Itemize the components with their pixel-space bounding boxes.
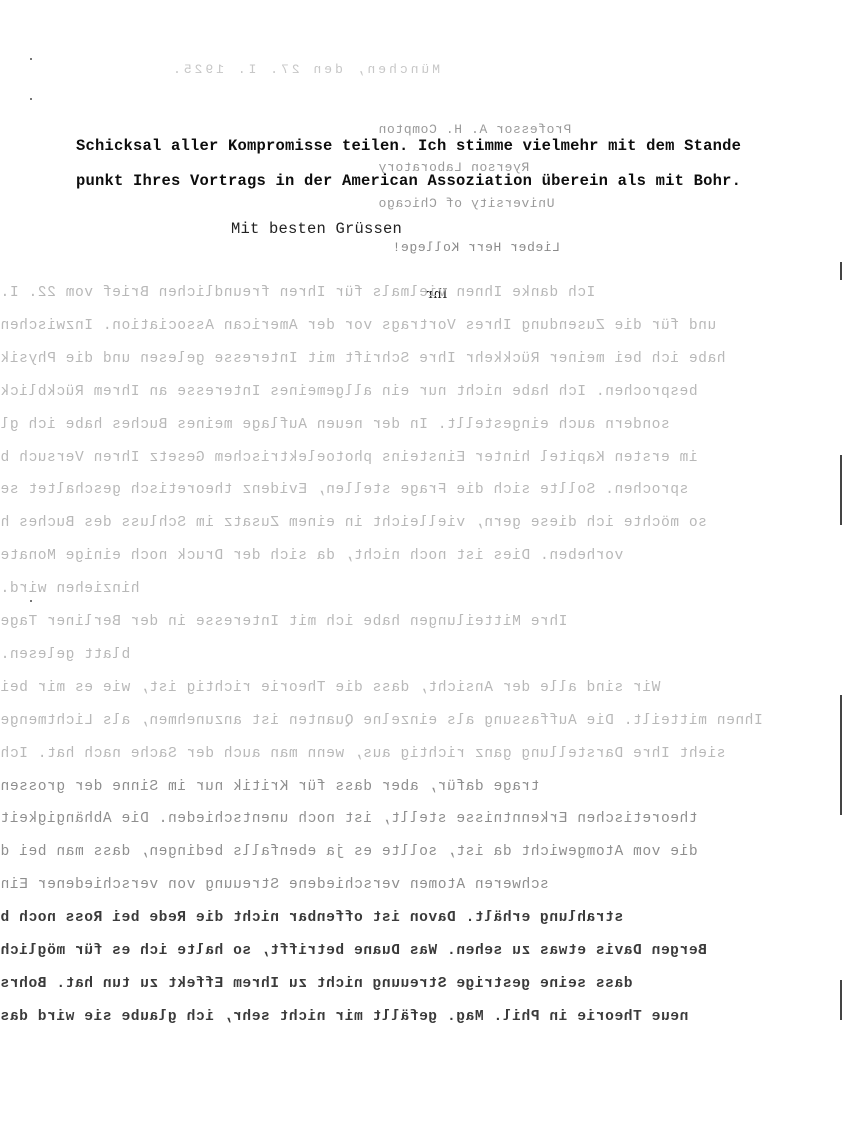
- scan-speck: [30, 600, 32, 602]
- bleed-body-line: trage dafür, aber dass für Kritik nur im…: [0, 779, 800, 795]
- bleed-body-line: und für die Zusendung Ihres Vortrags vor…: [0, 318, 800, 334]
- letter-line-2: punkt Ihres Vortrags in der American Ass…: [76, 172, 741, 190]
- scan-edge-mark: [840, 695, 842, 815]
- bleed-salutation: Lieber Herr Kollege!: [392, 240, 560, 255]
- bleed-body-line: Ihre Mitteilungen habe ich mit Interesse…: [0, 614, 800, 630]
- bleed-address-line: Professor A. H. Compton: [378, 122, 571, 137]
- letter-line-1: Schicksal aller Kompromisse teilen. Ich …: [76, 137, 741, 155]
- bleed-body-line: schweren Atomen verschiedene Streuung vo…: [0, 877, 800, 893]
- bleed-body-line: theoretischen Erkenntnisse stellt, ist n…: [0, 811, 800, 827]
- bleed-body-line: neue Theorie in Phil. Mag. gefällt mir n…: [0, 1009, 800, 1025]
- bleed-address-line: University of Chicago: [378, 196, 554, 211]
- bleed-body-line: sieht Ihre Darstellung ganz richtig aus,…: [0, 746, 800, 762]
- bleed-body-line: blatt gelesen.: [0, 647, 800, 663]
- bleed-body-line: sondern auch eingestellt. In der neuen A…: [0, 417, 800, 433]
- bleed-body-line: die vom Atomgewicht da ist, sollte es ja…: [0, 844, 800, 860]
- bleed-body-line: Bergen Davis etwas zu sehen. Was Duane b…: [0, 943, 800, 959]
- bleed-body-line: so möchte ich diese gern, vielleicht in …: [0, 515, 800, 531]
- scan-speck: [30, 58, 32, 60]
- bleed-body-line: Wir sind alle der Ansicht, dass die Theo…: [0, 680, 800, 696]
- bleed-body-line: hinziehen wird.: [0, 581, 800, 597]
- bleed-body-line: habe ich bei meiner Rückkehr Ihre Schrif…: [0, 351, 800, 367]
- scanned-letter-page: München, den 27. I. 1925. Professor A. H…: [0, 0, 850, 1140]
- bleed-date-header: München, den 27. I. 1925.: [170, 62, 440, 77]
- scan-speck: [30, 98, 32, 100]
- bleed-body-line: Ihnen mitteilt. Die Auffassung als einze…: [0, 713, 800, 729]
- bleed-body-line: vorheben. Dies ist noch nicht, da sich d…: [0, 548, 800, 564]
- bleed-body-line: sprochen. Sollte sich die Frage stellen,…: [0, 482, 800, 498]
- bleed-body-line: strahlung erhält. Davon ist offenbar nic…: [0, 910, 800, 926]
- bleed-body-line: dass seine gestrige Streuung nicht zu Ih…: [0, 976, 800, 992]
- scan-edge-mark: [840, 262, 842, 280]
- scan-edge-mark: [840, 455, 842, 525]
- bleed-body-line: im ersten Kapitel hinter Einsteins photo…: [0, 450, 800, 466]
- letter-closing: Mit besten Grüssen: [231, 220, 402, 238]
- bleed-body-line: Ich danke Ihnen vielmals für Ihren freun…: [0, 285, 800, 301]
- scan-edge-mark: [840, 980, 842, 1020]
- bleed-body-line: besprochen. Ich habe nicht nur ein allge…: [0, 384, 800, 400]
